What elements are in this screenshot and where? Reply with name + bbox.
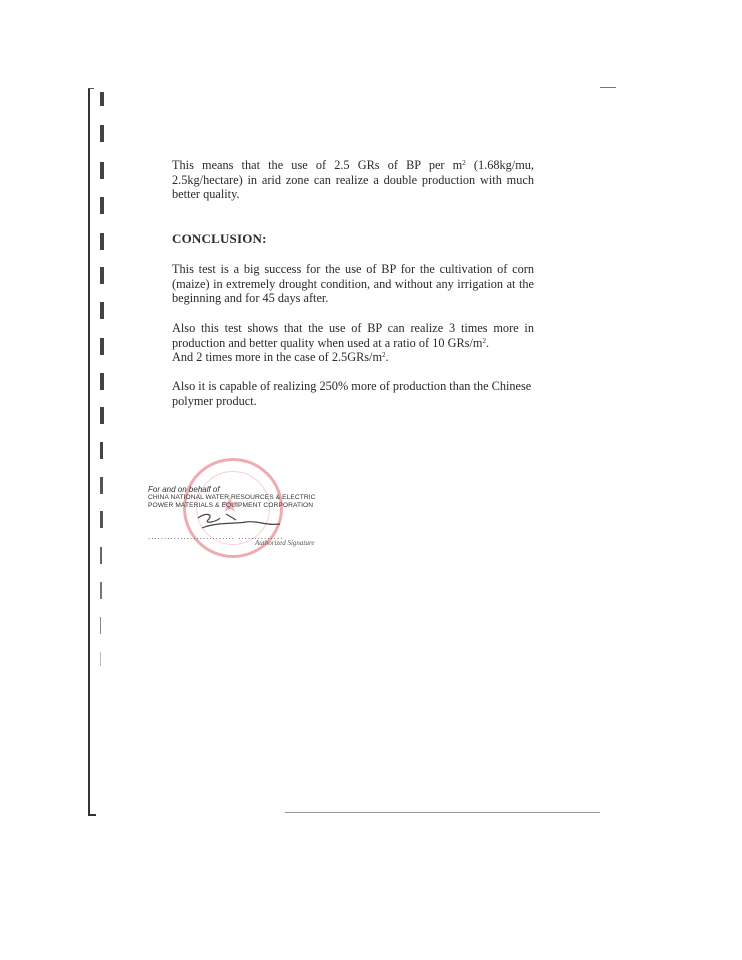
signature-block: For and on behalf of CHINA NATIONAL WATE… xyxy=(148,485,316,510)
binder-mark xyxy=(100,407,104,424)
bottom-line xyxy=(285,812,600,813)
page-top-tick xyxy=(88,88,94,89)
binder-mark xyxy=(100,373,104,390)
page-border-left xyxy=(88,88,90,816)
binder-mark xyxy=(100,511,103,528)
behalf-label: For and on behalf of xyxy=(148,485,316,494)
binder-mark xyxy=(100,267,104,284)
superscript: 2 xyxy=(462,159,466,167)
top-right-line xyxy=(600,87,616,88)
binder-mark xyxy=(100,477,103,494)
binder-mark xyxy=(100,302,104,319)
org-name-line1: CHINA NATIONAL WATER RESOURCES & ELECTRI… xyxy=(148,494,316,502)
p3-line-a: Also this test shows that the use of BP … xyxy=(172,321,534,350)
binder-mark xyxy=(100,582,102,599)
superscript: 2 xyxy=(482,337,486,345)
paragraph-double-production: This means that the use of 2.5 GRs of BP… xyxy=(172,158,534,202)
paragraph-times-more: Also this test shows that the use of BP … xyxy=(172,321,534,365)
paragraph-chinese-polymer: Also it is capable of realizing 250% mor… xyxy=(172,379,534,408)
p3-line-b: And 2 times more in the case of 2.5GRs/m… xyxy=(172,350,534,365)
binder-mark xyxy=(100,652,101,666)
page-border-bottom-tick xyxy=(88,814,96,816)
p3-text-b: And 2 times more in the case of 2.5GRs/m xyxy=(172,350,382,364)
p3-text-a: Also this test shows that the use of BP … xyxy=(172,321,534,350)
p1-text: This means that the use of 2.5 GRs of BP… xyxy=(172,158,462,172)
binder-mark xyxy=(100,547,102,564)
binder-mark xyxy=(100,162,104,179)
org-name-line2: POWER MATERIALS & EQUIPMENT CORPORATION xyxy=(148,502,316,510)
p3-end-a: . xyxy=(486,336,489,350)
binder-mark xyxy=(100,197,104,214)
binder-mark xyxy=(100,442,103,459)
binder-mark xyxy=(100,233,104,250)
binder-mark xyxy=(100,125,104,142)
p3-end-b: . xyxy=(386,350,389,364)
superscript: 2 xyxy=(382,351,386,359)
conclusion-heading: CONCLUSION: xyxy=(172,231,267,247)
binder-mark xyxy=(100,338,104,355)
binder-mark xyxy=(100,92,104,106)
paragraph-success: This test is a big success for the use o… xyxy=(172,262,534,306)
binder-mark xyxy=(100,617,101,634)
authorized-signature-label: Authorized Signature xyxy=(255,539,314,547)
